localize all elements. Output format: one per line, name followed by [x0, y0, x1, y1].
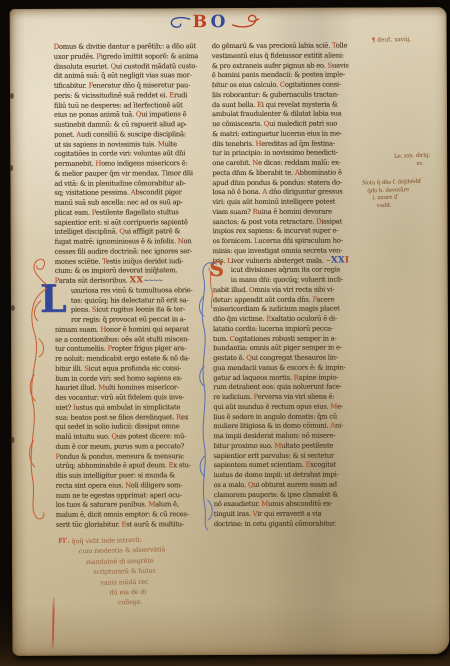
text-line: diis suis intelligitur puer: si munda & [56, 471, 208, 481]
text-line: intelliget disciplinā. Qui affligit patr… [55, 227, 207, 237]
edge-notch [10, 93, 14, 99]
parchment-leaf: B O ¶ deuť. xxviij. Domus & divitie dant… [10, 7, 450, 656]
text-line: sq; visitatione pessima. Abscondit piger [54, 188, 206, 198]
text-line: permanebit. Homo indigens misericors ē: [54, 159, 206, 169]
text-line: ponet. Audi consiliū & suscipe disciplin… [54, 130, 206, 140]
text-line: uxuriosa res vinū & tumultuosa ebrie- [55, 286, 207, 296]
text-line: cesses fili audire doctrinā: nec ignores… [55, 247, 207, 257]
rubric-mark: Fl'. [58, 536, 69, 544]
text-line: doctrine: in cetu gigantū cōmorabitur. [214, 519, 374, 529]
margin-note-text: deuť. xxviij. [377, 37, 411, 44]
text-line: qui sedet in solio iudicii: dissipat omn… [55, 422, 207, 432]
text-line: malū intuitu suo. Quis potest dicere: mū… [55, 432, 207, 442]
text-line: bitur illi. Sicut aqua profunda sic cons… [55, 364, 207, 374]
text-line: des vocantur: virū aūt fidelem quis inve… [55, 393, 207, 403]
header-flourish-right-icon [231, 12, 263, 30]
margin-note-bottom: Fl'. q̃uq̃ vidit inde intravit;cum modes… [58, 534, 166, 609]
text-line: Parata sūt derisoribus. XX~~~~ [55, 276, 207, 286]
margin-note-line: scripturarū & huius [72, 566, 166, 578]
text-line: piens. Sicut rugitus leonis ita & ter- [55, 305, 207, 315]
edge-notch [10, 437, 14, 443]
text-line: plicat eam. Pestilente flagellato stultu… [54, 208, 206, 218]
decorated-initial-s: S [210, 258, 225, 280]
text-line: serit tūc gloriabitur. Est aurū & multit… [56, 520, 208, 530]
text-line: peris: & vicissitudinē suā reddet ei. Er… [54, 91, 206, 101]
text-column-left: Domus & divitie dantur a parētib;: a dn̄… [54, 42, 208, 530]
text-line: utrūq; abhominabile ē apud deum. Ex stu- [56, 461, 208, 471]
running-title-letter-b: B [193, 12, 207, 32]
text-column-right: do gēmarū & vas preciosū labia sciē. Tol… [212, 41, 374, 529]
text-line: re noluit: mendicabit ergo estate & nō d… [55, 354, 207, 364]
margin-note-line: xv. [394, 160, 430, 169]
text-line: Domus & divitie dantur a parētib;: a dn̄… [54, 42, 206, 52]
text-line: cogitatiōes in corde viri: voluntas aūt … [54, 149, 206, 159]
text-line: fugat matrē: ignominiosus ē & infelix. N… [55, 237, 207, 247]
text-line: manū suā sub ascella: nec ad os suū ap- [54, 198, 206, 208]
text-line: malum ē, dicit omnis emptor: & cū reces- [56, 510, 208, 520]
text-line: tificabitur. Feneratur dn̄o q̃ miseretur… [54, 81, 206, 91]
margin-note-citation: Le. xxx. dirig;xv. [394, 153, 430, 169]
text-line: recta sint opera eius. Noli diligere som… [56, 481, 208, 491]
text-line: dit animā suā: q̃ aūt negligit vias suas… [54, 71, 206, 81]
rubric-mark: ¶ [372, 38, 376, 44]
margin-note-line: college. [73, 597, 167, 609]
text-line: & melior pauper q̃m vir mendax. Timor dn… [54, 169, 206, 179]
text-line: uxor prudēs. Pigredo īmittit soporē: & a… [54, 52, 206, 62]
text-line: nimam suam. Honor ē homini qui separat [55, 325, 207, 335]
text-line: ror regis: q̃ provocat eū peccat in a- [55, 315, 207, 325]
edge-notch [11, 305, 15, 311]
header-flourish-left-icon [168, 16, 192, 30]
manuscript-photo: B O ¶ deuť. xxviij. Domus & divitie dant… [0, 0, 450, 666]
edge-notch [9, 165, 13, 171]
text-line: dum ē cor meum, purus sum a peccato? [55, 442, 207, 452]
running-title-letter-o: O [211, 12, 226, 32]
text-line: tur contumeliis. Propter frigus piger ar… [55, 344, 207, 354]
margin-note-line: Le. xxx. dirig; [394, 153, 430, 162]
margin-note-nota: Nota q̃ dn̄s f. dep̃hēdiťq̃da h. devorār… [362, 178, 450, 211]
margin-note-bottom-lines: q̃uq̃ vidit inde intravit;cum modestia &… [71, 534, 166, 609]
margin-note-top-right: ¶ deuť. xxviij. [372, 37, 412, 44]
text-line: hauriet illud. Multi homines misericor- [55, 383, 207, 393]
decorated-initial-l: L [40, 279, 67, 319]
text-line: sustinebit damnū: & cū rapuerit aliud ap… [54, 120, 206, 130]
text-line: eius ne ponas animā tuā. Qui impatiens ē [54, 110, 206, 120]
text-line: niet? Iustus qui ambulat in simplicitate [55, 403, 207, 413]
pigment-streak [52, 597, 55, 649]
text-line: los tuos & saturare panibus. Malum ē, [56, 500, 208, 510]
